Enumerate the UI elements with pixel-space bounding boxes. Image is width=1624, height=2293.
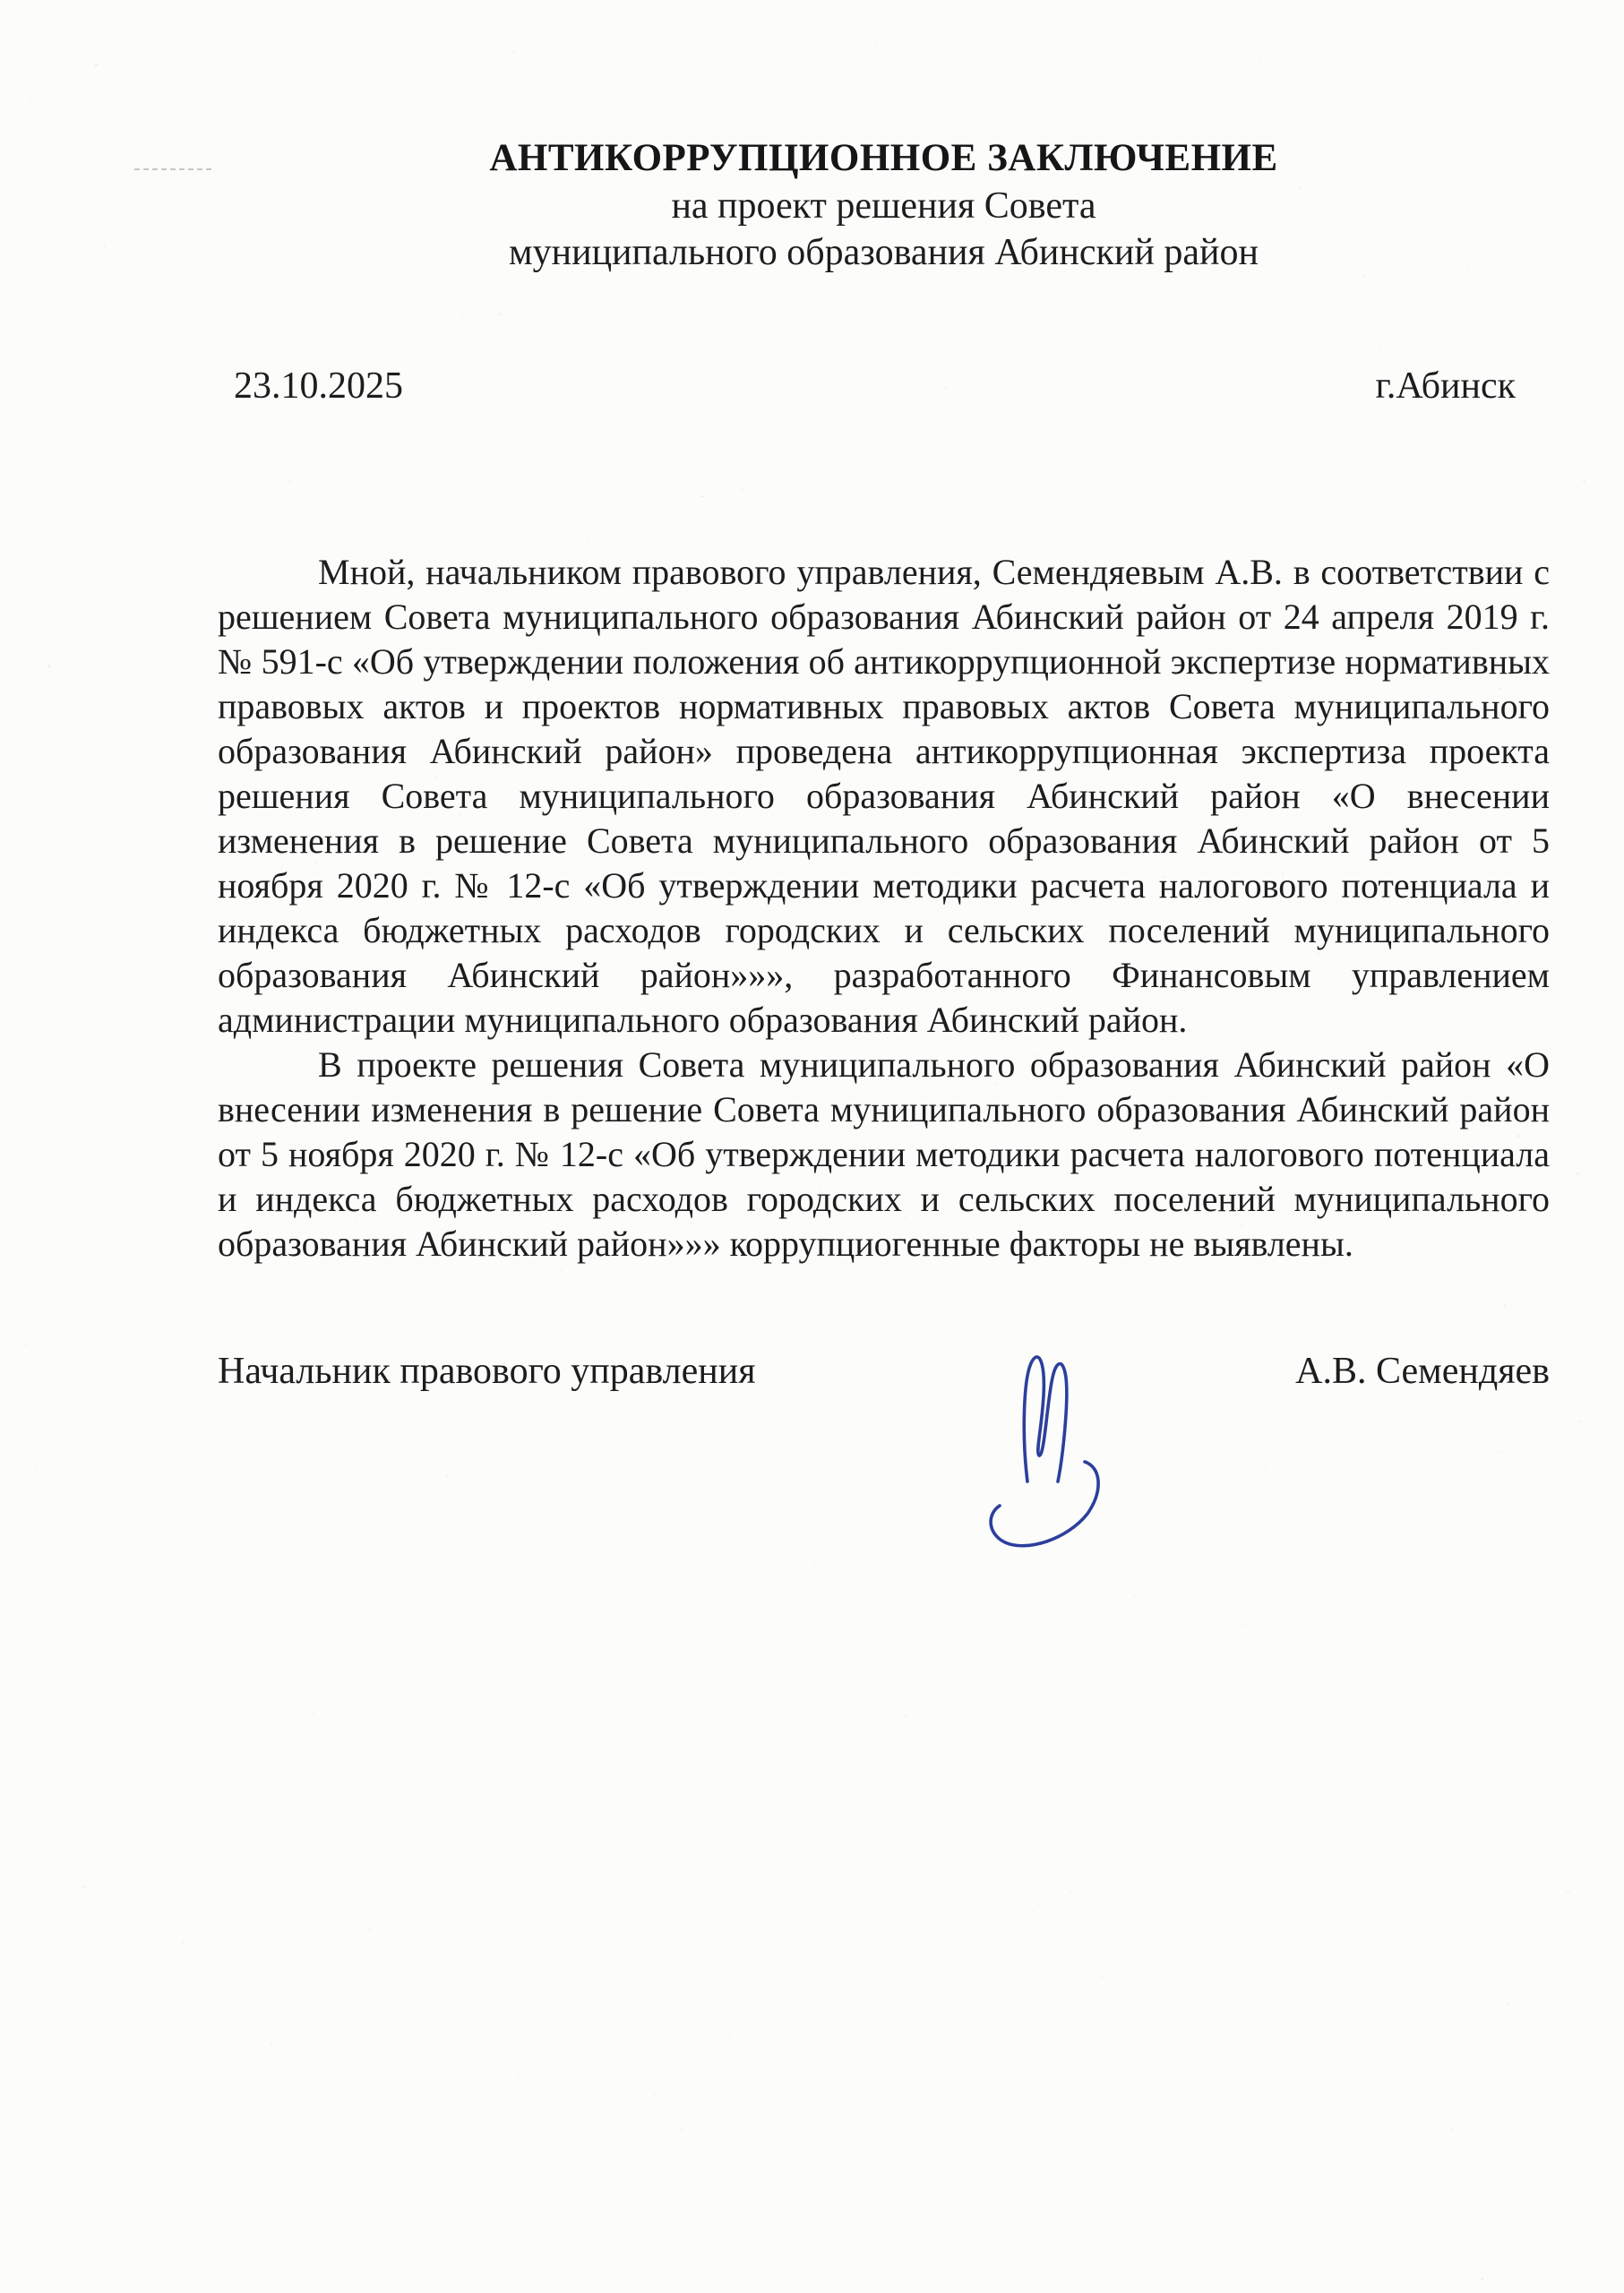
- document-subtitle-line-1: на проект решения Совета: [218, 183, 1550, 229]
- signatory-position: Начальник правового управления: [218, 1349, 756, 1394]
- document-title: АНТИКОРРУПЦИОННОЕ ЗАКЛЮЧЕНИЕ: [218, 134, 1550, 183]
- document-subtitle-line-2: муниципального образования Абинский райо…: [218, 229, 1550, 276]
- signature-stroke-swoosh: [991, 1462, 1098, 1546]
- scan-artifact-dash: [134, 168, 211, 170]
- document-date: 23.10.2025: [234, 364, 403, 408]
- date-place-row: 23.10.2025 г.Абинск: [218, 364, 1550, 408]
- document-place: г.Абинск: [1375, 364, 1516, 408]
- signature-row: Начальник правового управления А.В. Семе…: [218, 1349, 1550, 1394]
- scanned-document-page: АНТИКОРРУПЦИОННОЕ ЗАКЛЮЧЕНИЕ на проект р…: [0, 0, 1624, 2293]
- signature-stroke-loops: [1024, 1357, 1067, 1481]
- handwritten-signature: [976, 1345, 1124, 1556]
- document-title-block: АНТИКОРРУПЦИОННОЕ ЗАКЛЮЧЕНИЕ на проект р…: [218, 0, 1550, 276]
- body-paragraph-1: Мной, начальником правового управления, …: [218, 550, 1550, 1043]
- document-body: Мной, начальником правового управления, …: [218, 550, 1550, 1267]
- signatory-name: А.В. Семендяев: [1295, 1349, 1550, 1394]
- body-paragraph-2: В проекте решения Совета муниципального …: [218, 1043, 1550, 1267]
